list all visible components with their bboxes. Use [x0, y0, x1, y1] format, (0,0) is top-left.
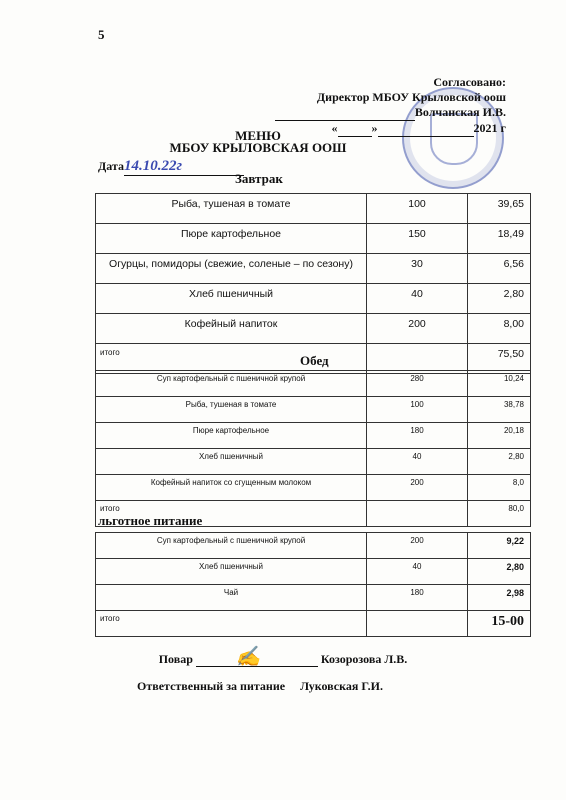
dish-name: Чай	[96, 585, 367, 611]
price: 2,98	[468, 585, 531, 611]
portion-weight: 30	[367, 254, 468, 284]
dish-name: Суп картофельный с пшеничной крупой	[96, 533, 367, 559]
price: 38,78	[468, 397, 531, 423]
table-row: Суп картофельный с пшеничной крупой2009,…	[96, 533, 531, 559]
table-row: Кофейный напиток со сгущенным молоком200…	[96, 475, 531, 501]
page-number: 5	[98, 27, 105, 43]
portion-weight: 200	[367, 314, 468, 344]
cook-label: Повар	[159, 652, 193, 666]
date-row: Дата14.10.22г	[98, 158, 244, 176]
table-row: Хлеб пшеничный402,80	[96, 284, 531, 314]
price: 8,00	[468, 314, 531, 344]
total-row: итого15-00	[96, 611, 531, 637]
dish-name: Кофейный напиток со сгущенным молоком	[96, 475, 367, 501]
price: 2,80	[468, 559, 531, 585]
portion-weight: 40	[367, 449, 468, 475]
table-row: Хлеб пшеничный402,80	[96, 449, 531, 475]
benefit-table: Суп картофельный с пшеничной крупой2009,…	[95, 532, 531, 637]
cook-name: Козорозова Л.В.	[321, 652, 407, 666]
price: 8,0	[468, 475, 531, 501]
total-price: 75,50	[468, 344, 531, 374]
dish-name: Суп картофельный с пшеничной крупой	[96, 371, 367, 397]
portion-weight: 100	[367, 194, 468, 224]
table-row: Чай1802,98	[96, 585, 531, 611]
price: 39,65	[468, 194, 531, 224]
price: 18,49	[468, 224, 531, 254]
approval-heading: Согласовано:	[275, 75, 506, 90]
dish-name: Рыба, тушеная в томате	[96, 397, 367, 423]
breakfast-heading: Завтрак	[235, 171, 283, 187]
portion-weight: 180	[367, 423, 468, 449]
table-row: Огурцы, помидоры (свежие, соленые – по с…	[96, 254, 531, 284]
portion-weight: 200	[367, 533, 468, 559]
table-row: Пюре картофельное15018,49	[96, 224, 531, 254]
date-value: 14.10.22г	[124, 158, 244, 176]
portion-weight: 180	[367, 585, 468, 611]
cook-signature-line: ✍	[196, 654, 318, 667]
approval-position: Директор МБОУ Крыловской оош	[275, 90, 506, 105]
cook-signature-row: Повар ✍ Козорозова Л.В.	[0, 652, 566, 667]
dish-name: Огурцы, помидоры (свежие, соленые – по с…	[96, 254, 367, 284]
dish-name: Пюре картофельное	[96, 423, 367, 449]
total-qty-empty	[367, 344, 468, 374]
total-price: 80,0	[468, 501, 531, 527]
price: 10,24	[468, 371, 531, 397]
table-row: Рыба, тушеная в томате10039,65	[96, 194, 531, 224]
school-name: МБОУ КРЫЛОВСКАЯ ООШ	[0, 141, 541, 155]
portion-weight: 150	[367, 224, 468, 254]
benefit-heading: льготное питание	[98, 513, 202, 529]
dish-name: Рыба, тушеная в томате	[96, 194, 367, 224]
lunch-heading: Обед	[300, 353, 329, 369]
breakfast-table: Рыба, тушеная в томате10039,65Пюре карто…	[95, 193, 531, 374]
portion-weight: 40	[367, 284, 468, 314]
table-row: Пюре картофельное18020,18	[96, 423, 531, 449]
handwritten-signature-icon: ✍	[236, 644, 261, 669]
dish-name: Хлеб пшеничный	[96, 449, 367, 475]
price: 2,80	[468, 449, 531, 475]
table-row: Хлеб пшеничный402,80	[96, 559, 531, 585]
dish-name: Кофейный напиток	[96, 314, 367, 344]
total-qty-empty	[367, 611, 468, 637]
responsible-label: Ответственный за питание	[137, 679, 285, 693]
date-label: Дата	[98, 159, 124, 173]
portion-weight: 100	[367, 397, 468, 423]
table-row: Кофейный напиток2008,00	[96, 314, 531, 344]
dish-name: Хлеб пшеничный	[96, 284, 367, 314]
responsible-name: Луковская Г.И.	[300, 679, 383, 693]
portion-weight: 200	[367, 475, 468, 501]
responsible-row: Ответственный за питание Луковская Г.И.	[137, 679, 383, 694]
total-price: 15-00	[468, 611, 531, 637]
lunch-table: Суп картофельный с пшеничной крупой28010…	[95, 370, 531, 527]
table-row: Суп картофельный с пшеничной крупой28010…	[96, 371, 531, 397]
total-qty-empty	[367, 501, 468, 527]
dish-name: Пюре картофельное	[96, 224, 367, 254]
approval-name: Волчанская И.В.	[415, 105, 506, 119]
portion-weight: 40	[367, 559, 468, 585]
portion-weight: 280	[367, 371, 468, 397]
price: 20,18	[468, 423, 531, 449]
price: 2,80	[468, 284, 531, 314]
price: 9,22	[468, 533, 531, 559]
director-signature-line	[275, 105, 415, 121]
dish-name: Хлеб пшеничный	[96, 559, 367, 585]
total-label: итого	[96, 611, 367, 637]
price: 6,56	[468, 254, 531, 284]
table-row: Рыба, тушеная в томате10038,78	[96, 397, 531, 423]
approval-block: Согласовано: Директор МБОУ Крыловской оо…	[275, 75, 506, 137]
